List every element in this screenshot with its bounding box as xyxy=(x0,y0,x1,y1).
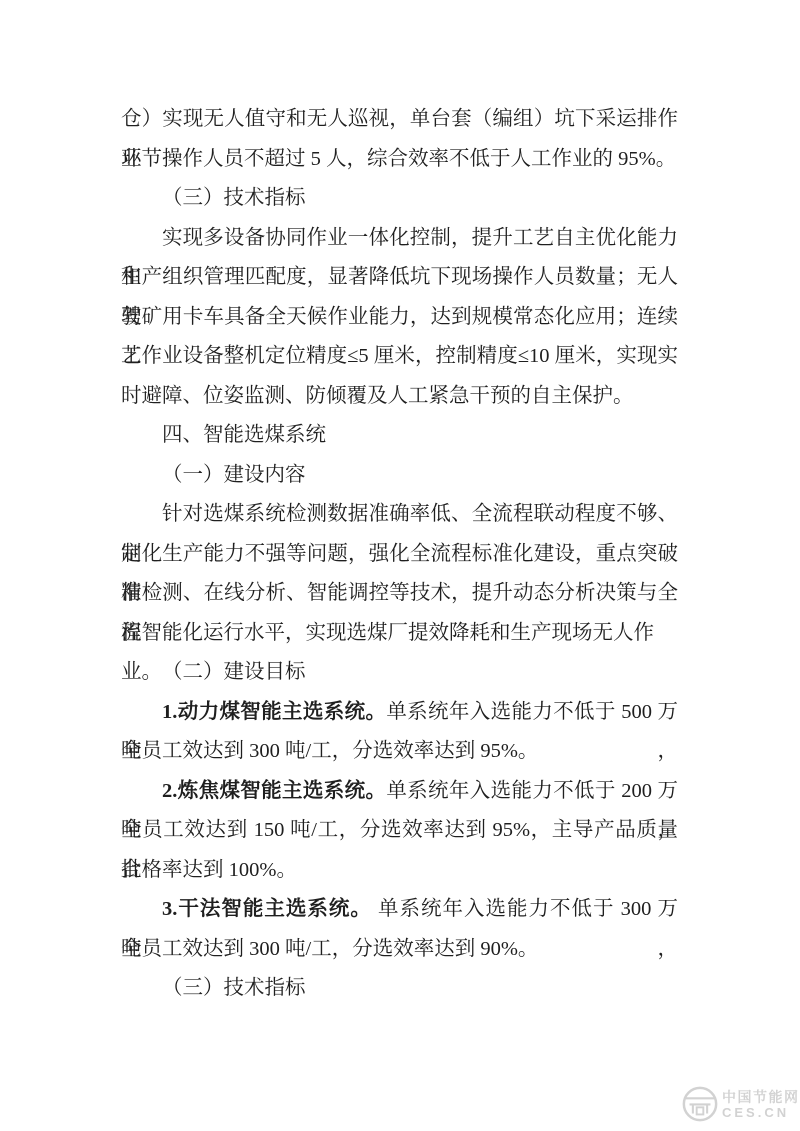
bold-run: 1.动力煤智能主选系统。 xyxy=(162,701,386,723)
watermark-site-url: CES.CN xyxy=(722,1105,800,1120)
text-line: 针对选煤系统检测数据准确率低、全流程联动程度不够、定 xyxy=(121,495,678,535)
watermark-text: 中国节能网 CES.CN xyxy=(722,1089,800,1120)
text-line: 程智能化运行水平，实现选煤厂提效降耗和生产现场无人作业。 xyxy=(121,614,678,654)
text-line: （三）技术指标 xyxy=(121,969,678,1009)
watermark: 中国节能网 CES.CN xyxy=(681,1085,800,1123)
text-line: （三）技术指标 xyxy=(121,179,678,219)
document-page: 仓）实现无人值守和无人巡视，单台套（编组）坑下采运排作业环节操作人员不超过 5 … xyxy=(0,0,800,1131)
text-line: 准检测、在线分析、智能调控等技术，提升动态分析决策与全流 xyxy=(121,574,678,614)
text-line: 仓）实现无人值守和无人巡视，单台套（编组）坑下采运排作业 xyxy=(121,100,678,140)
text-line: 实现多设备协同作业一体化控制，提升工艺自主优化能力和 xyxy=(121,219,678,259)
text-line: 1.动力煤智能主选系统。单系统年入选能力不低于 500 万吨， xyxy=(121,693,678,733)
bold-run: 3.干法智能主选系统。 xyxy=(162,898,372,920)
text-line: 四、智能选煤系统 xyxy=(121,416,678,456)
text-line: 2.炼焦煤智能主选系统。单系统年入选能力不低于 200 万吨， xyxy=(121,772,678,812)
document-body: 仓）实现无人值守和无人巡视，单台套（编组）坑下采运排作业环节操作人员不超过 5 … xyxy=(121,100,678,1009)
text-line: 驶矿用卡车具备全天候作业能力，达到规模常态化应用；连续工 xyxy=(121,298,678,338)
text-line: 环节操作人员不超过 5 人，综合效率不低于人工作业的 95%。 xyxy=(121,140,678,180)
text-line: 合格率达到 100%。 xyxy=(121,851,678,891)
text-line: 3.干法智能主选系统。 单系统年入选能力不低于 300 万吨， xyxy=(121,890,678,930)
bold-run: 2.炼焦煤智能主选系统。 xyxy=(162,780,386,802)
watermark-site-name: 中国节能网 xyxy=(722,1089,800,1105)
text-line: 生产组织管理匹配度，显著降低坑下现场操作人员数量；无人驾 xyxy=(121,258,678,298)
ces-logo-icon xyxy=(681,1085,719,1123)
text-line: （一）建设内容 xyxy=(121,456,678,496)
text-line: 艺作业设备整机定位精度≤5 厘米，控制精度≤10 厘米，实现实 xyxy=(121,337,678,377)
text-line: 时避障、位姿监测、防倾覆及人工紧急干预的自主保护。 xyxy=(121,377,678,417)
text-line: （二）建设目标 xyxy=(121,653,678,693)
text-line: 制化生产能力不强等问题，强化全流程标准化建设，重点突破精 xyxy=(121,535,678,575)
text-line: 全员工效达到 150 吨/工，分选效率达到 95%，主导产品质量批 xyxy=(121,811,678,851)
